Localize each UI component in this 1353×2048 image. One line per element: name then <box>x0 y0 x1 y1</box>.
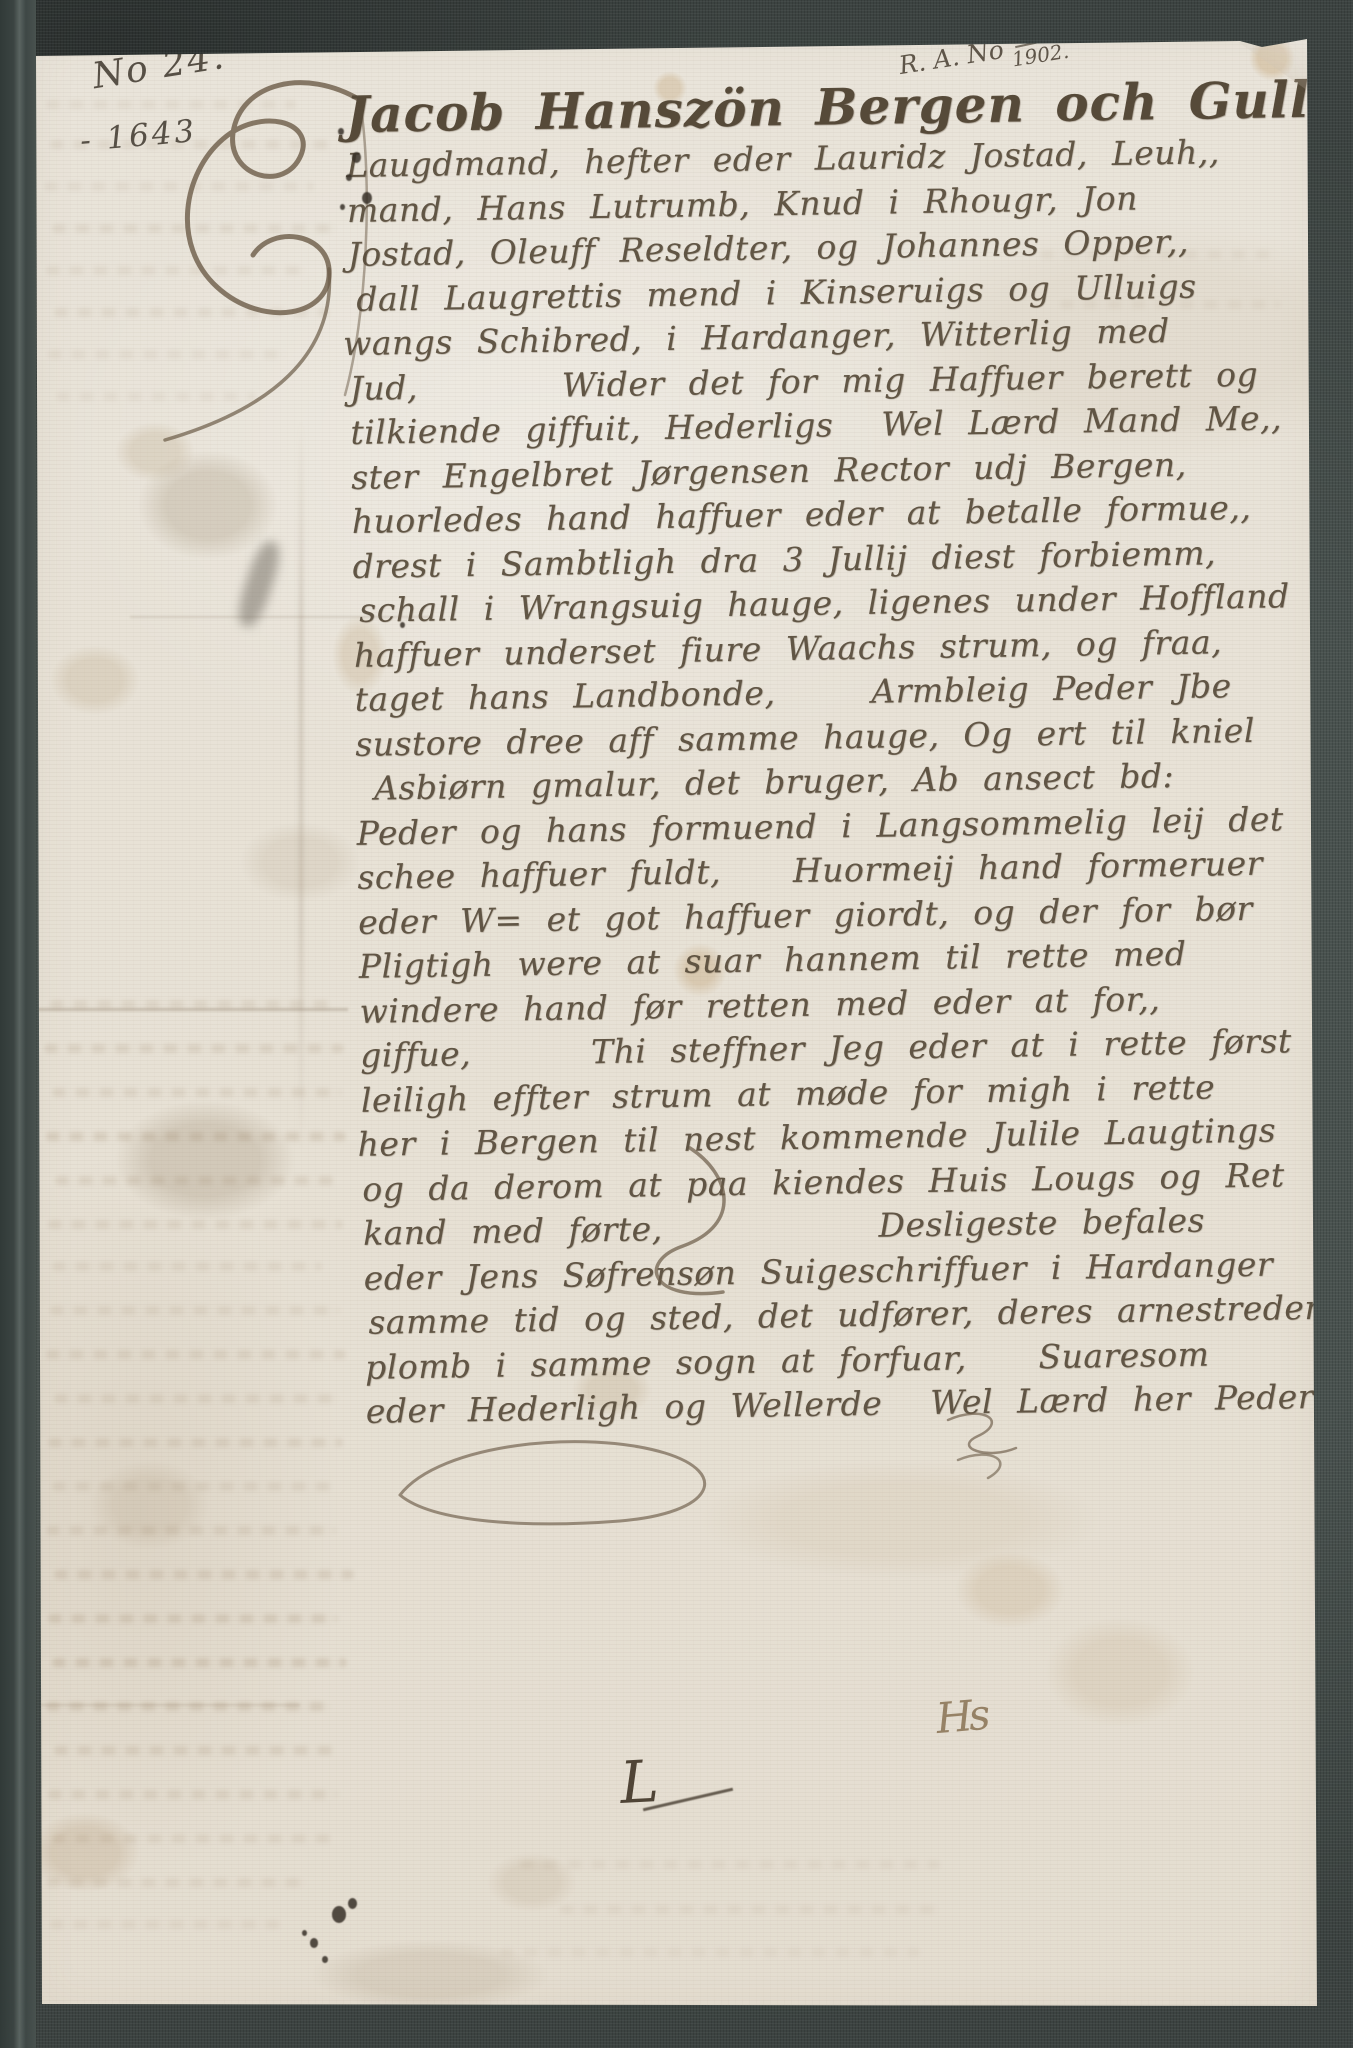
manuscript-page: No 24. - 1643 1 R. A. No 127 1902. Jacob… <box>0 0 1353 2048</box>
top-center-mark: 1 <box>581 15 602 48</box>
paper-edge-shading <box>0 0 1353 2048</box>
archive-stamp-numerator: 127 <box>1010 13 1062 48</box>
backdrop-cloth-fold <box>0 0 36 2048</box>
photo-backdrop: No 24. - 1643 1 R. A. No 127 1902. Jacob… <box>0 0 1353 2048</box>
